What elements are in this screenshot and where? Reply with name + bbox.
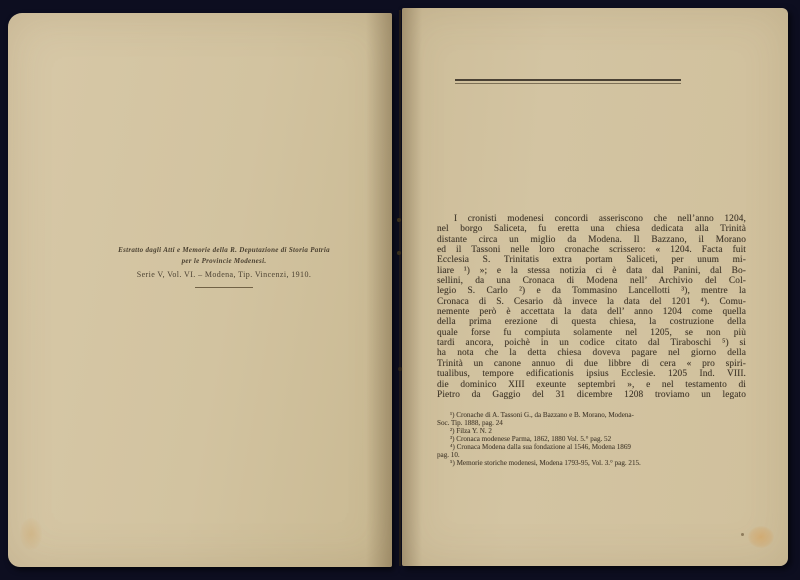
binding-stitch — [398, 367, 402, 371]
body-text: I cronisti modenesi concordi asseriscono… — [437, 214, 746, 400]
body-text-line: quale forse fu compiuta solamente nel 12… — [437, 328, 746, 338]
footnote-line: Soc. Tip. 1888, pag. 24 — [437, 419, 743, 427]
footnotes: ¹) Cronache di A. Tassoni G., da Bazzano… — [437, 411, 743, 467]
footnote-line: ³) Cronaca modenese Parma, 1862, 1880 Vo… — [437, 435, 743, 443]
body-text-line: distante circa un miglio da Modena. Il B… — [437, 235, 746, 245]
body-text-line: nel borgo Saliceta, fu eretta una chiesa… — [437, 224, 746, 234]
footnote-line: ¹) Cronache di A. Tassoni G., da Bazzano… — [437, 411, 743, 419]
footnote-line: ⁴) Cronaca Modena dalla sua fondazione a… — [437, 443, 743, 451]
body-text-line: ed il Tassoni nelle loro cronache scriss… — [437, 245, 746, 255]
body-text-line: nemente però è accettata la data dell’ a… — [437, 307, 746, 317]
footnote-line: pag. 10. — [437, 451, 743, 459]
rule-thin — [455, 83, 681, 84]
body-text-line: della prima erezione di questa chiesa, l… — [437, 317, 746, 327]
body-text-line: sellini, da una Cronaca di Modena nell’ … — [437, 276, 746, 286]
footnote-line: ²) Filza Y. N. 2 — [437, 427, 743, 435]
cover-imprint-line3: Serie V, Vol. VI. – Modena, Tip. Vincenz… — [94, 269, 354, 281]
imprint-rule — [195, 287, 253, 288]
rule-thick — [455, 79, 681, 81]
binding-stitch — [397, 218, 401, 222]
body-text-line: tardi ancora, poichè in un codice citato… — [437, 338, 746, 348]
paper-speck — [741, 533, 744, 536]
footnote-line: ⁵) Memorie storiche modenesi, Modena 179… — [437, 459, 743, 467]
binding-stitch — [397, 251, 401, 255]
body-text-line: Trinità un canone annuo di due libbre di… — [437, 359, 746, 369]
right-page: I cronisti modenesi concordi asseriscono… — [402, 8, 788, 566]
paper-stain — [20, 518, 42, 550]
body-text-line: tualibus, tempore edificationis ipsius E… — [437, 369, 746, 379]
gutter-fold-line — [399, 10, 401, 566]
scanned-book-spread: { "colors": { "background": "#0d0e20", "… — [0, 0, 800, 580]
body-text-line: ha nota che la detta chiesa doveva pagar… — [437, 348, 746, 358]
paper-stain — [748, 526, 774, 548]
body-text-line: liare ¹) »; e la stessa notizia ci è dat… — [437, 266, 746, 276]
body-text-line: I cronisti modenesi concordi asseriscono… — [437, 214, 746, 224]
cover-imprint-line2: per le Provincie Modenesi. — [94, 256, 354, 267]
left-page: Estratto dagli Atti e Memorie della R. D… — [8, 13, 392, 567]
cover-imprint: Estratto dagli Atti e Memorie della R. D… — [94, 245, 354, 288]
body-text-line: Ecclesia S. Trinitatis extra portam Sali… — [437, 255, 746, 265]
header-double-rule — [455, 79, 681, 84]
body-text-line: Pietro da Gaggio del 31 dicembre 1208 tr… — [437, 390, 746, 400]
body-text-line: legio S. Carlo ²) e da Tommasino Lancell… — [437, 286, 746, 296]
body-text-line: die dominico XIII exeunte septembri », e… — [437, 380, 746, 390]
body-text-line: Cronaca di S. Cesario dà invece la data … — [437, 297, 746, 307]
cover-imprint-line1: Estratto dagli Atti e Memorie della R. D… — [94, 245, 354, 256]
